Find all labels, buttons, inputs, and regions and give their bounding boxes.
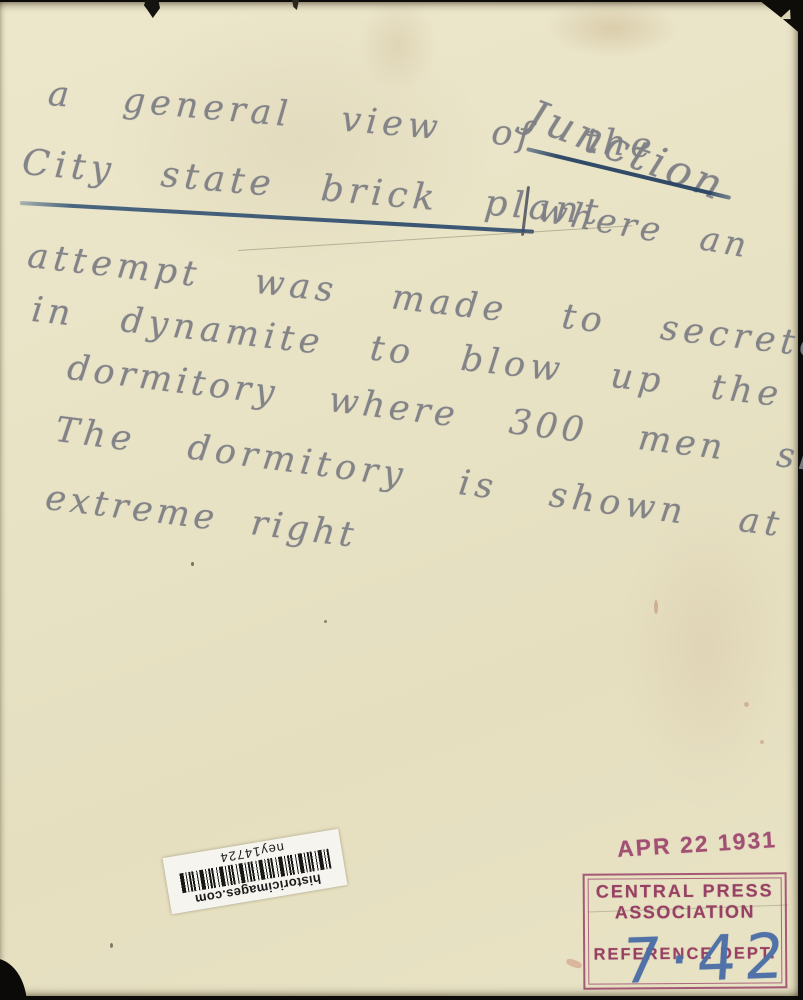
- photo-back: a general view of the Junction City stat…: [0, 0, 803, 1000]
- paper-speck: [760, 740, 764, 744]
- paper-speck: [324, 620, 327, 623]
- paper-speck: [110, 943, 113, 948]
- agency-stamp-line1: CENTRAL PRESS: [596, 880, 774, 902]
- paper-speck: [191, 562, 194, 566]
- paper-speck: [565, 957, 582, 969]
- caption-line-7: extreme right: [43, 478, 359, 556]
- paper-crease-line: [238, 225, 632, 251]
- date-stamp: APR 22 1931: [616, 826, 777, 863]
- paper-speck: [744, 702, 749, 707]
- barcode-sticker: historicimages.com ney14724: [163, 829, 348, 915]
- paper-speck: [654, 600, 658, 614]
- photo-back-paper: a general view of the Junction City stat…: [0, 2, 798, 996]
- reference-number-handwritten: 7·42: [619, 919, 794, 998]
